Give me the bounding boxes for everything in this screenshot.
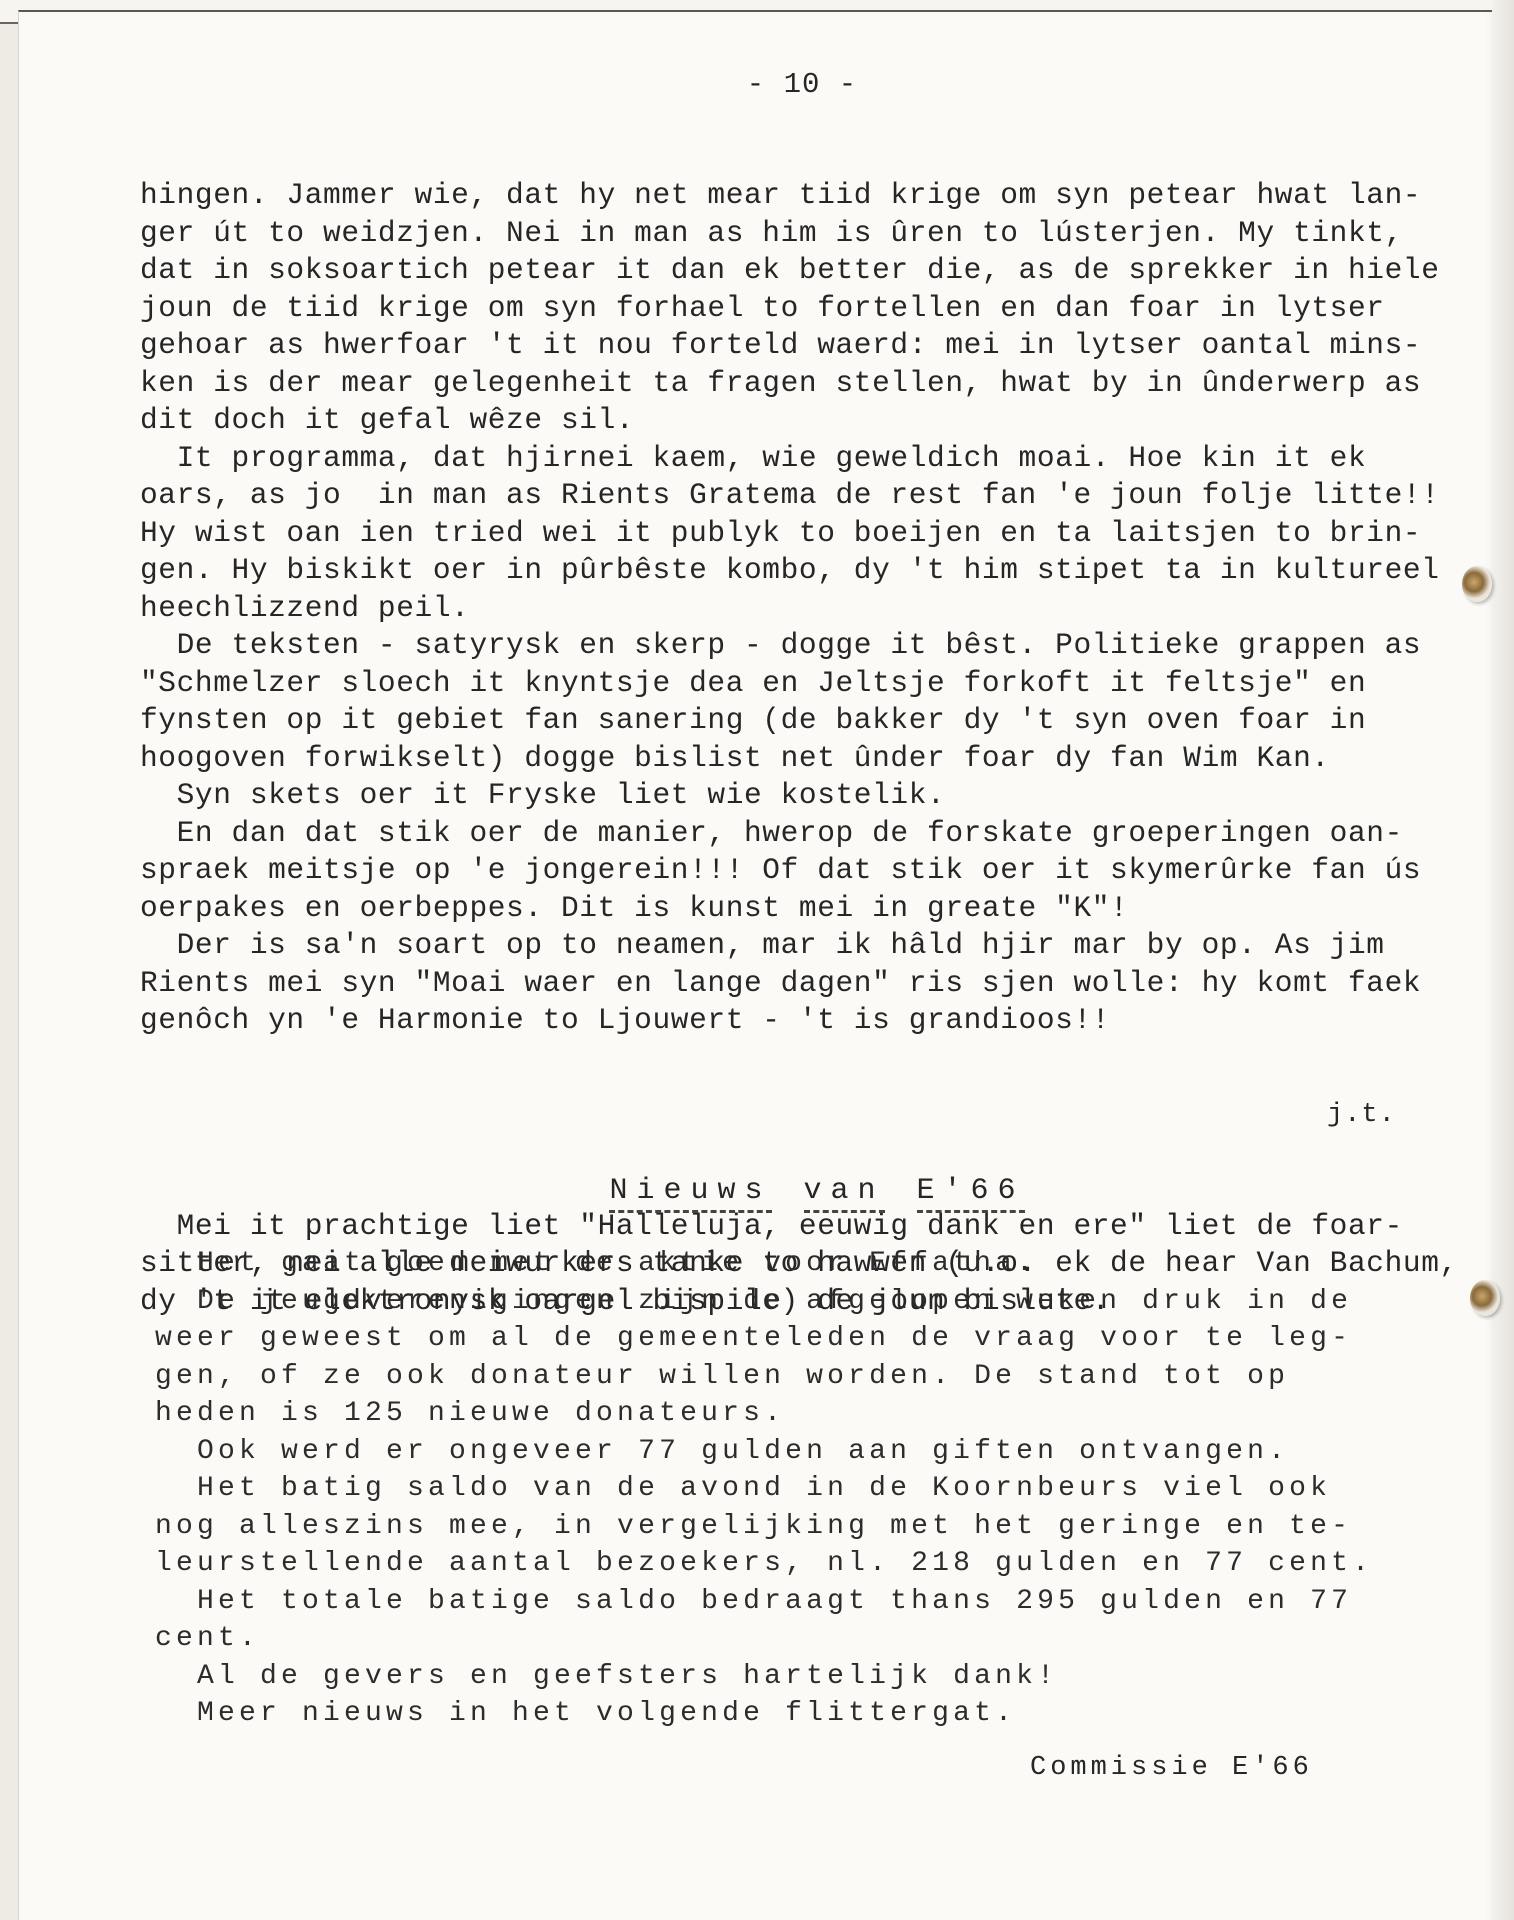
text-line: Het batig saldo van de avond in de Koorn…: [155, 1470, 1514, 1508]
binding-hole-icon: [1462, 566, 1492, 602]
text-line: nog alleszins mee, in vergelijking met h…: [155, 1508, 1514, 1546]
section-heading: NieuwsvanE'66: [0, 1174, 1514, 1213]
text-line: dit doch it gefal wêze sil.: [140, 402, 1514, 440]
article-paragraphs: hingen. Jammer wie, dat hy net mear tiid…: [140, 177, 1514, 1040]
text-line: En dan dat stik oer de manier, hwerop de…: [140, 815, 1514, 853]
text-line: gen, of ze ook donateur willen worden. D…: [155, 1358, 1514, 1396]
paragraph-gap: [140, 1115, 1514, 1133]
text-line: Syn skets oer it Fryske liet wie kosteli…: [140, 777, 1514, 815]
text-line: joun de tiid krige om syn forhael to for…: [140, 290, 1514, 328]
text-line: leurstellende aantal bezoekers, nl. 218 …: [155, 1545, 1514, 1583]
heading-word: Nieuws: [609, 1174, 771, 1213]
binding-hole-icon: [1470, 1280, 1500, 1316]
underlying-page-edge: [0, 22, 18, 1920]
news-body: Het gaat goed met de aktie voor Effatha.…: [155, 1245, 1514, 1733]
text-line: hingen. Jammer wie, dat hy net mear tiid…: [140, 177, 1514, 215]
page-number: - 10 -: [0, 68, 1514, 101]
text-line: cent.: [155, 1620, 1514, 1658]
text-line: De jeugdverenigingen zijn de afgelopen w…: [155, 1283, 1514, 1321]
heading-word: van: [804, 1174, 885, 1213]
text-line: oerpakes en oerbeppes. Dit is kunst mei …: [140, 890, 1514, 928]
text-line: weer geweest om al de gemeenteleden de v…: [155, 1320, 1514, 1358]
text-line: Al de gevers en geefsters hartelijk dank…: [155, 1658, 1514, 1696]
text-line: ger út to weidzjen. Nei in man as him is…: [140, 215, 1514, 253]
text-line: oars, as jo in man as Rients Gratema de …: [140, 477, 1514, 515]
article-body-frisian: hingen. Jammer wie, dat hy net mear tiid…: [140, 102, 1514, 1358]
news-signature: Commissie E'66: [1030, 1753, 1313, 1783]
text-line: dat in soksoartich petear it dan ek bett…: [140, 252, 1514, 290]
text-line: "Schmelzer sloech it knyntsje dea en Jel…: [140, 665, 1514, 703]
text-line: fynsten op it gebiet fan sanering (de ba…: [140, 702, 1514, 740]
text-line: Meer nieuws in het volgende flittergat.: [155, 1695, 1514, 1733]
text-line: ken is der mear gelegenheit ta fragen st…: [140, 365, 1514, 403]
text-line: Rients mei syn "Moai waer en lange dagen…: [140, 965, 1514, 1003]
text-line: Hy wist oan ien tried wei it publyk to b…: [140, 515, 1514, 553]
article-signature: j.t.: [1327, 1100, 1396, 1130]
text-line: hoogoven forwikselt) dogge bislist net û…: [140, 740, 1514, 778]
text-line: Het gaat goed met de aktie voor Effatha.: [155, 1245, 1514, 1283]
text-line: spraek meitsje op 'e jongerein!!! Of dat…: [140, 852, 1514, 890]
heading-word: E'66: [917, 1174, 1025, 1213]
text-line: It programma, dat hjirnei kaem, wie gewe…: [140, 440, 1514, 478]
text-line: heechlizzend peil.: [140, 590, 1514, 628]
text-line: gehoar as hwerfoar 't it nou forteld wae…: [140, 327, 1514, 365]
text-line: De teksten - satyrysk en skerp - dogge i…: [140, 627, 1514, 665]
text-line: Der is sa'n soart op to neamen, mar ik h…: [140, 927, 1514, 965]
text-line: gen. Hy biskikt oer in pûrbêste kombo, d…: [140, 552, 1514, 590]
text-line: Het totale batige saldo bedraagt thans 2…: [155, 1583, 1514, 1621]
text-line: heden is 125 nieuwe donateurs.: [155, 1395, 1514, 1433]
text-line: Mei it prachtige liet "Halleluja, eeuwig…: [140, 1208, 1514, 1246]
text-line: genôch yn 'e Harmonie to Ljouwert - 't i…: [140, 1002, 1514, 1040]
text-line: Ook werd er ongeveer 77 gulden aan gifte…: [155, 1433, 1514, 1471]
